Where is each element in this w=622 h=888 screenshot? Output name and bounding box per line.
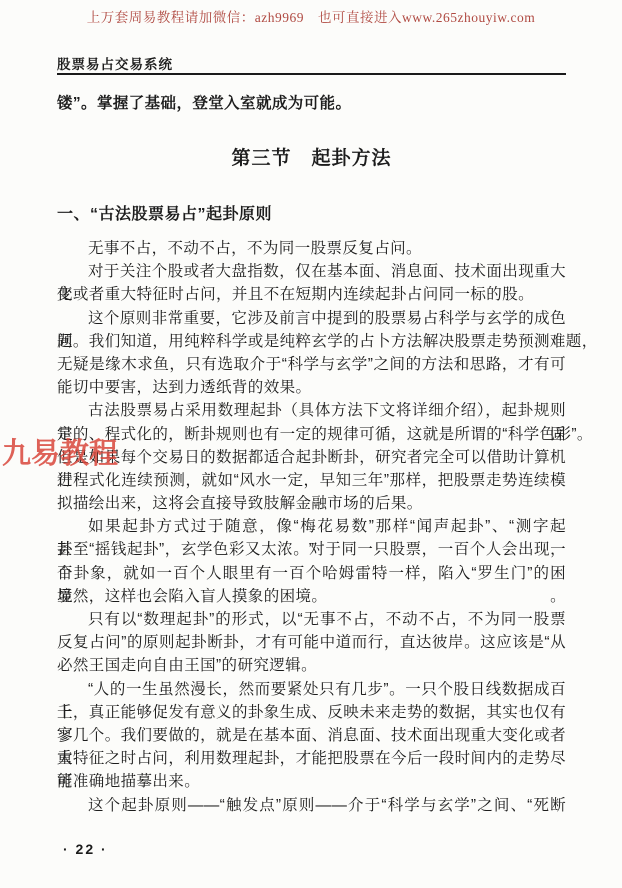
body-line: 千，真正能够促发有意义的卦象生成、反映未来走势的数据，其实也仅有寥 bbox=[57, 701, 566, 724]
promo-notice-text: 上万套周易教程请加微信：azh9969 也可直接进入www.265zhouyiw… bbox=[0, 6, 622, 26]
body-line: 题。我们知道，用纯粹科学或是纯粹玄学的占卜方法解决股票走势预测难题， bbox=[57, 330, 566, 353]
body-line: 行程式化连续预测，就如“风水一定，早知三年”那样，把股票走势连续模 bbox=[57, 469, 566, 492]
page-number: · 22 · bbox=[63, 841, 108, 857]
subsection-heading: 一、“古法股票易占”起卦原则 bbox=[57, 201, 272, 224]
body-line: 能切中要害，达到力透纸背的效果。 bbox=[57, 376, 566, 399]
body-line: 甚至“摇钱起卦”，玄学色彩又太浓。对于同一只股票，一百个人会出现一百 bbox=[57, 538, 566, 561]
body-line: 反复占问”的原则起卦断卦，才有可能中道而行，直达彼岸。这应该是“从 bbox=[57, 631, 566, 654]
body-text: 无事不占，不动不占，不为同一股票反复占问。对于关注个股或者大盘指数，仅在基本面、… bbox=[57, 237, 566, 817]
body-line: 拟描绘出来，这将会直接导致肢解金融市场的后果。 bbox=[57, 492, 566, 515]
body-line: 但是如果每个交易日的数据都适合起卦断卦，研究者完全可以借助计算机进 bbox=[57, 446, 566, 469]
header-rule bbox=[57, 73, 566, 75]
body-line: 个卦象，就如一百个人眼里有一百个哈姆雷特一样，陷入“罗生门”的困境。 bbox=[57, 562, 566, 585]
body-line: 如果起卦方式过于随意，像“梅花易数”那样“闻声起卦”、“测字起卦”， bbox=[57, 515, 566, 538]
body-line: 对于关注个股或者大盘指数，仅在基本面、消息面、技术面出现重大变 bbox=[57, 260, 566, 283]
body-line: 无疑是缘木求鱼，只有选取介于“科学与玄学”之间的方法和思路，才有可 bbox=[57, 353, 566, 376]
body-line: 能准确地描摹出来。 bbox=[57, 770, 566, 793]
body-line: 这个起卦原则——“触发点”原则——介于“科学与玄学”之间、“死断 bbox=[57, 794, 566, 817]
body-line: 古法股票易占采用数理起卦（具体方法下文将详细介绍），起卦规则是固 bbox=[57, 399, 566, 422]
body-line: 大特征之时占问，利用数理起卦，才能把股票在今后一段时间内的走势尽可 bbox=[57, 747, 566, 770]
body-line: “人的一生虽然漫长，然而要紧处只有几步”。一只个股日线数据成百上 bbox=[57, 678, 566, 701]
body-line: 寥几个。我们要做的，就是在基本面、消息面、技术面出现重大变化或者重 bbox=[57, 724, 566, 747]
book-title: 股票易占交易系统 bbox=[57, 57, 173, 72]
carryover-sentence: 镂”。掌握了基础，登堂入室就成为可能。 bbox=[57, 92, 566, 115]
body-line: 只有以“数理起卦”的形式，以“无事不占，不动不占，不为同一股票 bbox=[57, 608, 566, 631]
running-header: 股票易占交易系统 bbox=[57, 53, 566, 73]
body-line: 化或者重大特征时占问，并且不在短期内连续起卦占问同一标的股。 bbox=[57, 283, 566, 306]
scanned-book-page: 上万套周易教程请加微信：azh9969 也可直接进入www.265zhouyiw… bbox=[0, 0, 622, 888]
body-line: 必然王国走向自由王国”的研究逻辑。 bbox=[57, 654, 566, 677]
body-line: 这个原则非常重要，它涉及前言中提到的股票易占科学与玄学的成色问 bbox=[57, 307, 566, 330]
body-line: 无事不占，不动不占，不为同一股票反复占问。 bbox=[57, 237, 566, 260]
body-line: 定的、程式化的，断卦规则也有一定的规律可循，这就是所谓的“科学色彩”。 bbox=[57, 423, 566, 446]
section-title: 第三节 起卦方法 bbox=[57, 143, 566, 170]
